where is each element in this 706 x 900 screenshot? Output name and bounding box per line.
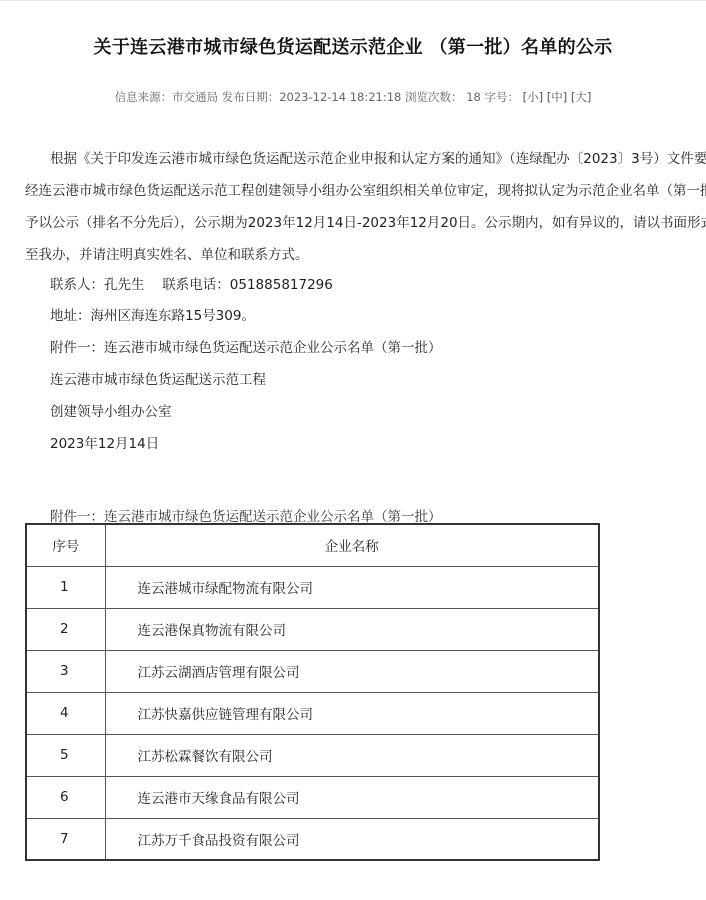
signature-org-line2: 创建领导小组办公室 (50, 400, 172, 420)
row-serial: 6 (26, 776, 105, 818)
article-meta: 信息来源：市交通局 发布日期：2023-12-14 18:21:18 浏览次数：… (0, 89, 706, 105)
table-caption: 附件一：连云港市城市绿色货运配送示范企业公示名单（第一批） (50, 505, 442, 525)
body-line-2: 经连云港市城市绿色货运配送示范工程创建领导小组办公室组织相关单位审定，现将拟认定… (25, 179, 706, 199)
view-count: 18 (466, 90, 481, 104)
views-label: 浏览次数： (405, 90, 463, 104)
enterprise-table: 序号 企业名称 1 连云港城市绿配物流有限公司 2 连云港保真物流有限公司 3 … (25, 523, 600, 861)
source-label: 信息来源： (115, 90, 173, 104)
header-serial: 序号 (26, 524, 105, 566)
page-title: 关于连云港市城市绿色货运配送示范企业 （第一批）名单的公示 (0, 33, 706, 59)
font-size-small-button[interactable]: [小] (523, 90, 543, 104)
header-enterprise-name: 企业名称 (105, 524, 599, 566)
table-row: 1 连云港城市绿配物流有限公司 (26, 566, 599, 608)
row-enterprise-name: 连云港保真物流有限公司 (105, 608, 599, 650)
signature-date: 2023年12月14日 (50, 432, 159, 452)
body-line-4: 至我办，并请注明真实姓名、单位和联系方式。 (25, 243, 309, 263)
row-serial: 1 (26, 566, 105, 608)
row-serial: 2 (26, 608, 105, 650)
table-row: 5 江苏松霖餐饮有限公司 (26, 734, 599, 776)
publish-date: 2023-12-14 18:21:18 (279, 90, 401, 104)
table-row: 3 江苏云湖酒店管理有限公司 (26, 650, 599, 692)
row-enterprise-name: 江苏万千食品投资有限公司 (105, 818, 599, 860)
source-value: 市交通局 (172, 90, 218, 104)
body-line-3: 予以公示（排名不分先后），公示期为2023年12月14日-2023年12月20日… (25, 211, 706, 231)
row-enterprise-name: 江苏快嘉供应链管理有限公司 (105, 692, 599, 734)
font-size-label: 字号： (484, 90, 519, 104)
table-row: 2 连云港保真物流有限公司 (26, 608, 599, 650)
row-enterprise-name: 江苏云湖酒店管理有限公司 (105, 650, 599, 692)
address: 地址：海州区海连东路15号309。 (50, 304, 255, 324)
row-serial: 3 (26, 650, 105, 692)
contact-info: 联系人：孔先生 联系电话：051885817296 (50, 273, 333, 293)
body-line-1: 根据《关于印发连云港市城市绿色货运配送示范企业申报和认定方案的通知》（连绿配办〔… (50, 147, 706, 167)
signature-org-line1: 连云港市城市绿色货运配送示范工程 (50, 368, 266, 388)
attachment-link[interactable]: 附件一：连云港市城市绿色货运配送示范企业公示名单（第一批） (50, 336, 442, 356)
row-enterprise-name: 江苏松霖餐饮有限公司 (105, 734, 599, 776)
font-size-large-button[interactable]: [大] (571, 90, 591, 104)
row-serial: 4 (26, 692, 105, 734)
row-serial: 5 (26, 734, 105, 776)
table-header-row: 序号 企业名称 (26, 524, 599, 566)
table-row: 6 连云港市天缘食品有限公司 (26, 776, 599, 818)
date-label: 发布日期： (222, 90, 280, 104)
row-enterprise-name: 连云港城市绿配物流有限公司 (105, 566, 599, 608)
top-divider (0, 0, 706, 1)
table-row: 4 江苏快嘉供应链管理有限公司 (26, 692, 599, 734)
font-size-medium-button[interactable]: [中] (547, 90, 567, 104)
table-row: 7 江苏万千食品投资有限公司 (26, 818, 599, 860)
row-enterprise-name: 连云港市天缘食品有限公司 (105, 776, 599, 818)
row-serial: 7 (26, 818, 105, 860)
